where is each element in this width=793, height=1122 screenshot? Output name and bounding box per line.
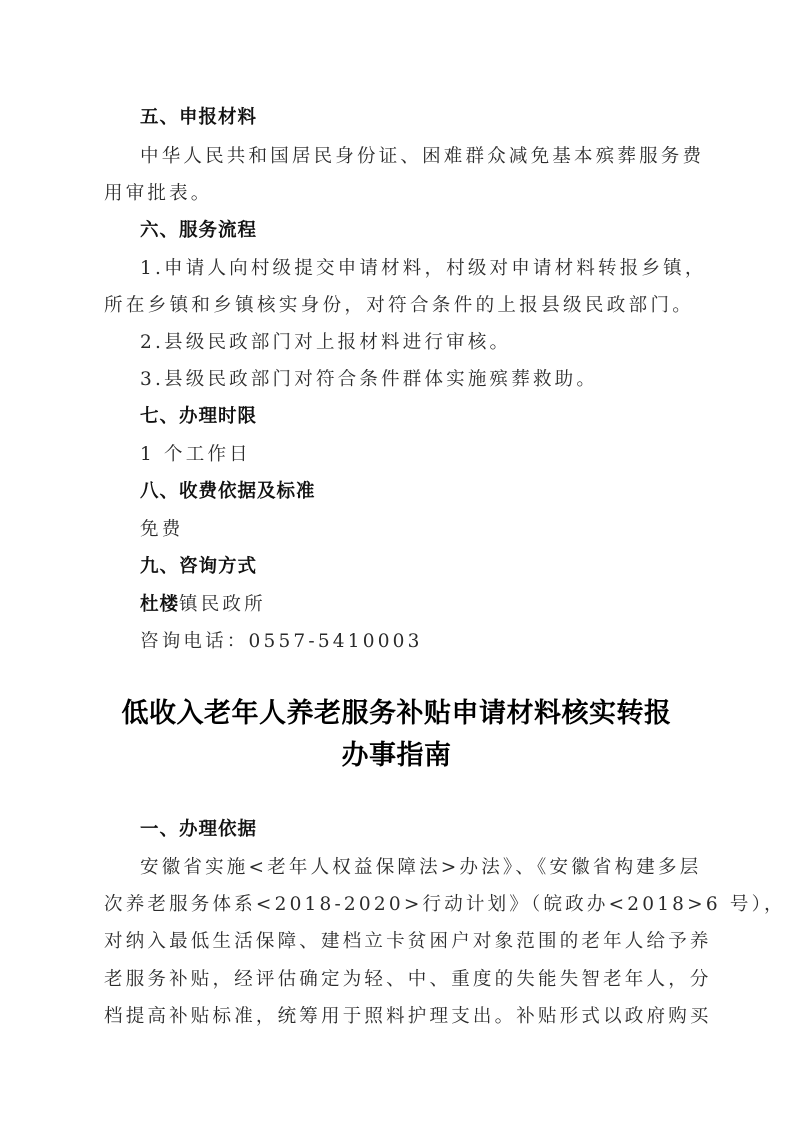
- doc-title-line-1: 低收入老年人养老服务补贴申请材料核实转报: [0, 697, 793, 731]
- paragraph-line: 对纳入最低生活保障、建档立卡贫困户对象范围的老年人给予养: [104, 930, 694, 954]
- time-limit-value: 1 个工作日: [140, 443, 695, 467]
- paragraph-line: 1.申请人向村级提交申请材料，村级对申请材料转报乡镇，: [140, 257, 695, 281]
- paragraph-line: 安徽省实施<老年人权益保障法>办法》、《安徽省构建多层: [140, 856, 695, 880]
- section-heading-process: 六、服务流程: [140, 219, 730, 243]
- paragraph-line: 次养老服务体系<2018-2020>行动计划》（皖政办<2018>6 号），: [104, 893, 694, 917]
- section-heading-time-limit: 七、办理时限: [140, 405, 730, 429]
- paragraph-line: 用审批表。: [104, 182, 694, 206]
- paragraph-line: 档提高补贴标准，统筹用于照料护理支出。补贴形式以政府购买: [104, 1005, 694, 1029]
- fee-value: 免费: [140, 518, 695, 542]
- paragraph-line: 2.县级民政部门对上报材料进行审核。: [140, 331, 695, 355]
- office-town-name: 杜楼: [140, 594, 179, 615]
- contact-office: 杜楼镇民政所: [140, 593, 695, 617]
- paragraph-line: 中华人民共和国居民身份证、困难群众减免基本殡葬服务费: [140, 145, 695, 169]
- paragraph-line: 所在乡镇和乡镇核实身份，对符合条件的上报县级民政部门。: [104, 294, 694, 318]
- office-name-rest: 镇民政所: [179, 594, 266, 615]
- section-heading-materials: 五、申报材料: [140, 106, 730, 130]
- paragraph-line: 3.县级民政部门对符合条件群体实施殡葬救助。: [140, 368, 695, 392]
- doc-title-line-2: 办事指南: [0, 739, 793, 773]
- section-heading-fees: 八、收费依据及标准: [140, 480, 730, 504]
- paragraph-line: 老服务补贴，经评估确定为轻、中、重度的失能失智老年人，分: [104, 968, 694, 992]
- contact-phone: 咨询电话：0557-5410003: [140, 630, 695, 654]
- section-heading-basis: 一、办理依据: [140, 818, 730, 842]
- section-heading-contact: 九、咨询方式: [140, 555, 730, 579]
- document-page: 五、申报材料 中华人民共和国居民身份证、困难群众减免基本殡葬服务费 用审批表。 …: [0, 0, 793, 1122]
